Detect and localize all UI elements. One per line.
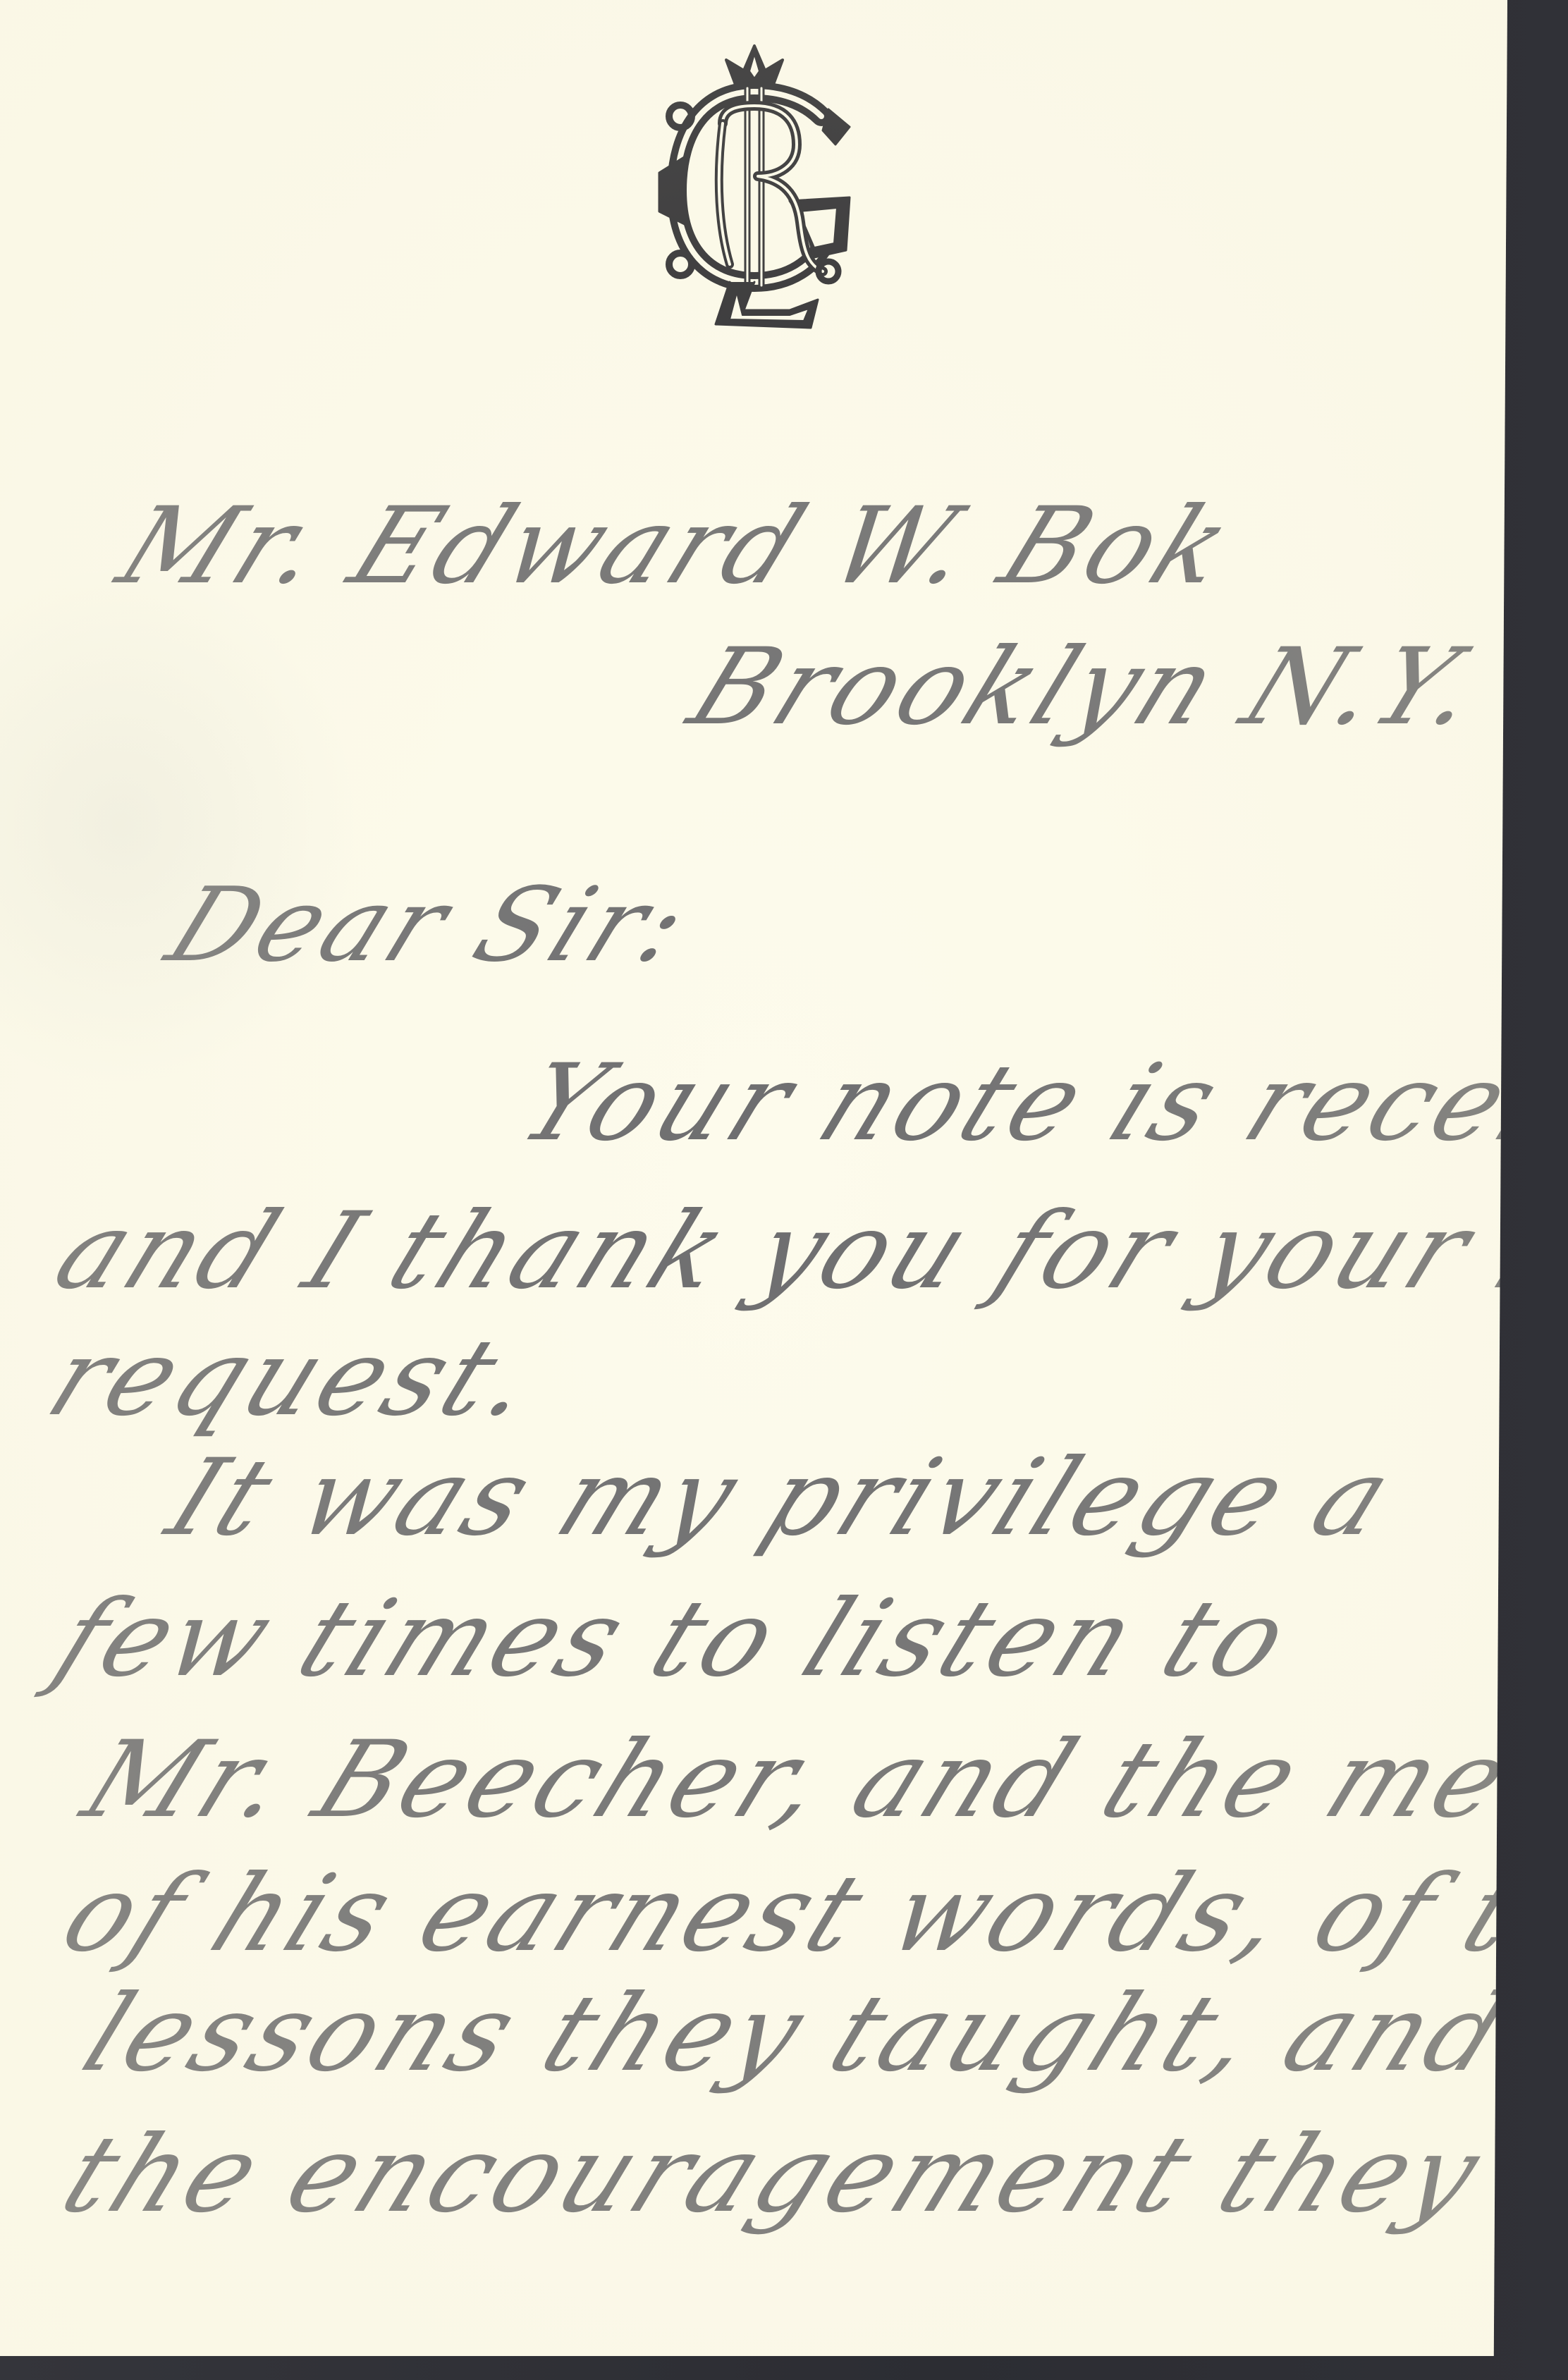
body-line: request. <box>35 1325 553 1431</box>
body-line: the encouragement they gave <box>49 2122 1568 2228</box>
city-line: Brooklyn N.Y. <box>677 634 1499 740</box>
handwritten-letter-body: Mr. Edward W. Bok Brooklyn N.Y. Dear Sir… <box>0 0 1507 2356</box>
recipient-line: Mr. Edward W. Bok <box>106 493 1248 599</box>
salutation-line: Dear Sir: <box>155 874 705 976</box>
body-line: and I thank you for your kind <box>42 1198 1568 1304</box>
body-line: few times to listen to <box>42 1586 1306 1692</box>
body-line: of his earnest words, of the <box>49 1861 1568 1967</box>
body-line: Your note is received <box>508 1050 1568 1156</box>
body-line: lessons they taught, and <box>71 1981 1524 2087</box>
body-line: It was my privilege a <box>155 1445 1409 1551</box>
body-line: Mr. Beecher, and the memory <box>71 1727 1568 1833</box>
letter-page: Mr. Edward W. Bok Brooklyn N.Y. Dear Sir… <box>0 0 1507 2356</box>
